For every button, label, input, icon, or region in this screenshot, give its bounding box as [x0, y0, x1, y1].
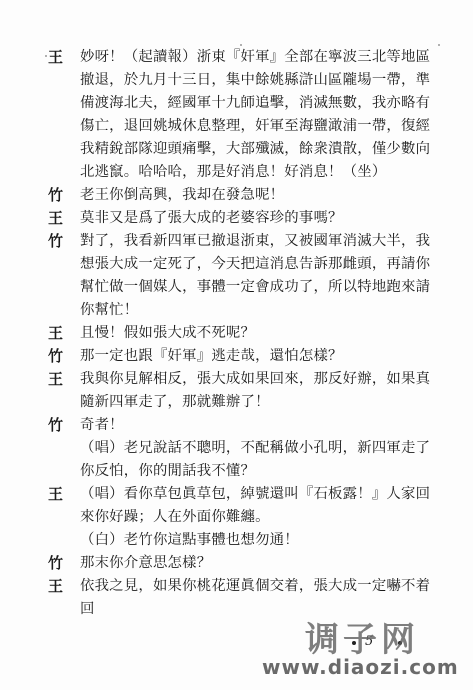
dialogue-line: 王 妙呀！（起讀報）浙東『奸軍』全部在寧波三北等地區撤退，於九月十三日，集中餘姚… — [48, 46, 438, 184]
dialogue-line: 竹 那一定也跟『奸軍』逃走哉，還怕怎樣？ — [48, 345, 438, 368]
dialogue-text: （唱）老兄說話不聰明，不配稱做小孔明，新四軍走了你反怕，你的閒話我不懂？ — [80, 437, 438, 483]
dialogue-text: 那一定也跟『奸軍』逃走哉，還怕怎樣？ — [80, 345, 438, 368]
scanned-page: 王 妙呀！（起讀報）浙東『奸軍』全部在寧波三北等地區撤退，於九月十三日，集中餘姚… — [0, 0, 473, 690]
dialogue-line: 竹 那末你介意思怎樣？ — [48, 552, 438, 575]
speaker-label: 竹 — [48, 345, 80, 368]
dialogue-text: 那末你介意思怎樣？ — [80, 552, 438, 575]
dialogue-line: 王 莫非又是爲了張大成的老婆容珍的事嗎？ — [48, 207, 438, 230]
dialogue-text: 我與你見解相反，張大成如果回來，那反好辦，如果真隨新四軍走了，那就難辦了！ — [80, 368, 438, 414]
speaker-label: 王 — [48, 483, 80, 506]
dialogue-line: 竹 對了，我看新四軍已撤退浙東，又被國軍消滅大半，我想張大成一定死了，今天把這消… — [48, 230, 438, 322]
speaker-label: 竹 — [48, 184, 80, 207]
watermark-url: www.diaozi.com — [262, 655, 459, 679]
scan-speck — [45, 55, 47, 57]
dialogue-text: 老王你倒高興，我却在發急呢！ — [80, 184, 438, 207]
speaker-label: 王 — [48, 322, 80, 345]
speaker-label: 竹 — [48, 552, 80, 575]
dialogue-text: 對了，我看新四軍已撤退浙東，又被國軍消滅大半，我想張大成一定死了，今天把這消息告… — [80, 230, 438, 322]
dialogue-text: （白）老竹你這點事體也想勿通！ — [80, 529, 438, 552]
scan-speck — [438, 44, 440, 46]
speaker-label: 王 — [48, 368, 80, 391]
speaker-label: 王 — [48, 575, 80, 598]
dialogue-text: （唱）看你草包眞草包，綽號還叫『石板露！』人家回來你好躁；人在外面你難纏。 — [80, 483, 438, 529]
dialogue-line: 王 （唱）看你草包眞草包，綽號還叫『石板露！』人家回來你好躁；人在外面你難纏。 — [48, 483, 438, 529]
speaker-label: 王 — [48, 46, 80, 69]
dialogue-line: （白）老竹你這點事體也想勿通！ — [48, 529, 438, 552]
speaker-label: 竹 — [48, 414, 80, 437]
dialogue-text: 妙呀！（起讀報）浙東『奸軍』全部在寧波三北等地區撤退，於九月十三日，集中餘姚縣滸… — [80, 46, 438, 184]
speaker-label: 王 — [48, 207, 80, 230]
dialogue-line: 竹 奇者！ — [48, 414, 438, 437]
dialogue-text: 且慢！假如張大成不死呢？ — [80, 322, 438, 345]
dialogue-line: 王 且慢！假如張大成不死呢？ — [48, 322, 438, 345]
dialogue-line: （唱）老兄說話不聰明，不配稱做小孔明，新四軍走了你反怕，你的閒話我不懂？ — [48, 437, 438, 483]
dialogue-text: 莫非又是爲了張大成的老婆容珍的事嗎？ — [80, 207, 438, 230]
dialogue-text: 奇者！ — [80, 414, 438, 437]
watermark-chinese: 调子网 — [305, 612, 419, 661]
speaker-label: 竹 — [48, 230, 80, 253]
dialogue-line: 竹 老王你倒高興，我却在發急呢！ — [48, 184, 438, 207]
dialogue-line: 王 我與你見解相反，張大成如果回來，那反好辦，如果真隨新四軍走了，那就難辦了！ — [48, 368, 438, 414]
script-body: 王 妙呀！（起讀報）浙東『奸軍』全部在寧波三北等地區撤退，於九月十三日，集中餘姚… — [48, 46, 438, 621]
